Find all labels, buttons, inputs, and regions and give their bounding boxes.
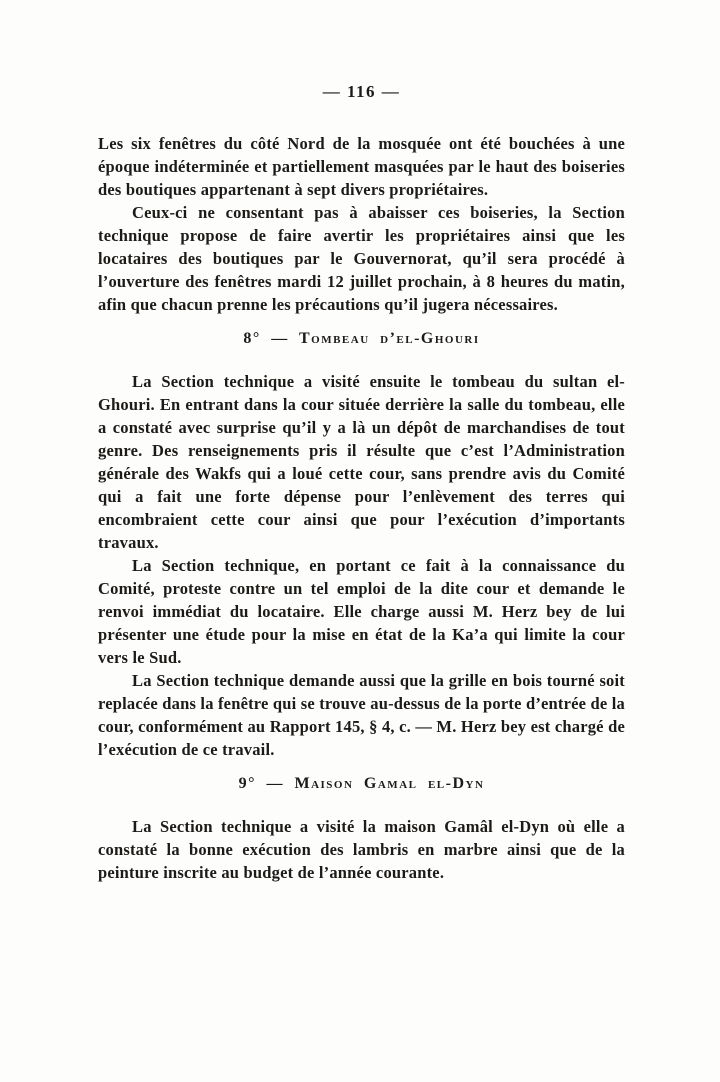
section-9-paragraph-1: La Section technique a visité la maison … — [98, 815, 625, 884]
section-8-paragraph-3: La Section technique demande aussi que l… — [98, 669, 625, 761]
section-8-paragraph-1: La Section technique a visité ensuite le… — [98, 370, 625, 554]
page-number: — 116 — — [98, 82, 625, 102]
page-content: — 116 — Les six fenêtres du côté Nord de… — [0, 0, 720, 884]
section-8-paragraph-2: La Section technique, en portant ce fait… — [98, 554, 625, 669]
intro-paragraph-1: Les six fenêtres du côté Nord de la mosq… — [98, 132, 625, 201]
section-9-heading: 9° — Maison Gamal el-Dyn — [98, 775, 625, 793]
intro-paragraph-2: Ceux-ci ne consentant pas à abaisser ces… — [98, 201, 625, 316]
section-8-heading: 8° — Tombeau d’el-Ghouri — [98, 330, 625, 348]
scanned-document-page: — 116 — Les six fenêtres du côté Nord de… — [0, 0, 720, 1082]
